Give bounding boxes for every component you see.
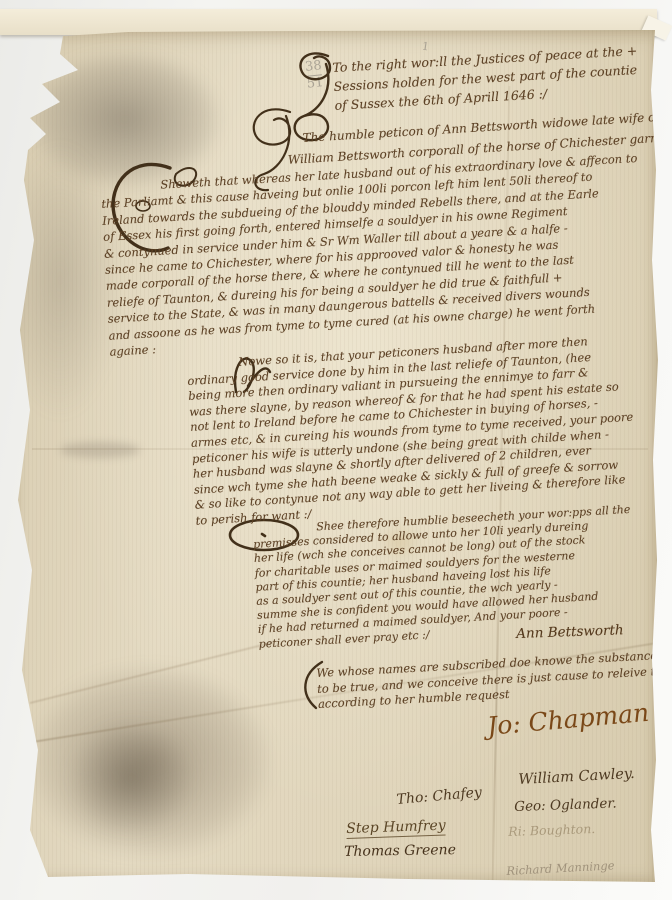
pencil-catalog-number: 38 51 bbox=[304, 59, 324, 92]
paragraph-nowe: Nowe so it is, that your peticoners husb… bbox=[186, 332, 638, 529]
paragraph-sheweth: Sheweth that whereas her late husband ou… bbox=[100, 150, 647, 360]
petitioner-signature: Ann Bettsworth bbox=[516, 622, 624, 642]
signature-geo-oglander: Geo: Oglander. bbox=[514, 795, 617, 815]
water-stain-bottom-left bbox=[30, 666, 270, 856]
pencil-number-bottom: 51 bbox=[306, 76, 324, 92]
pencil-page-mark: 1 bbox=[421, 40, 430, 54]
ink-blot-bottom-left bbox=[66, 718, 196, 838]
signature-step-humfrey: Step Humfrey bbox=[346, 818, 446, 839]
signature-richard-manninge-pencil: Richard Manninge bbox=[506, 858, 615, 878]
signature-thomas-greene: Thomas Greene bbox=[344, 842, 456, 860]
signature-jo-chapman: Jo: Chapman bbox=[486, 698, 650, 741]
signature-tho-chafey: Tho: Chafey bbox=[396, 785, 482, 808]
diagonal-crease-small bbox=[30, 642, 273, 704]
signature-ri-boughton: Ri: Boughton. bbox=[508, 821, 595, 839]
pencil-number-top: 38 bbox=[304, 59, 322, 75]
water-stain-top-left bbox=[30, 52, 220, 187]
manuscript-sheet: 38 51 1 To bbox=[8, 30, 660, 886]
signature-william-cawley: William Cawley. bbox=[518, 766, 635, 788]
photograph-of-manuscript: 38 51 1 To bbox=[0, 0, 672, 900]
heading-address: To the right wor:ll the Justices of peac… bbox=[332, 41, 640, 115]
margin-smudge bbox=[60, 442, 140, 458]
